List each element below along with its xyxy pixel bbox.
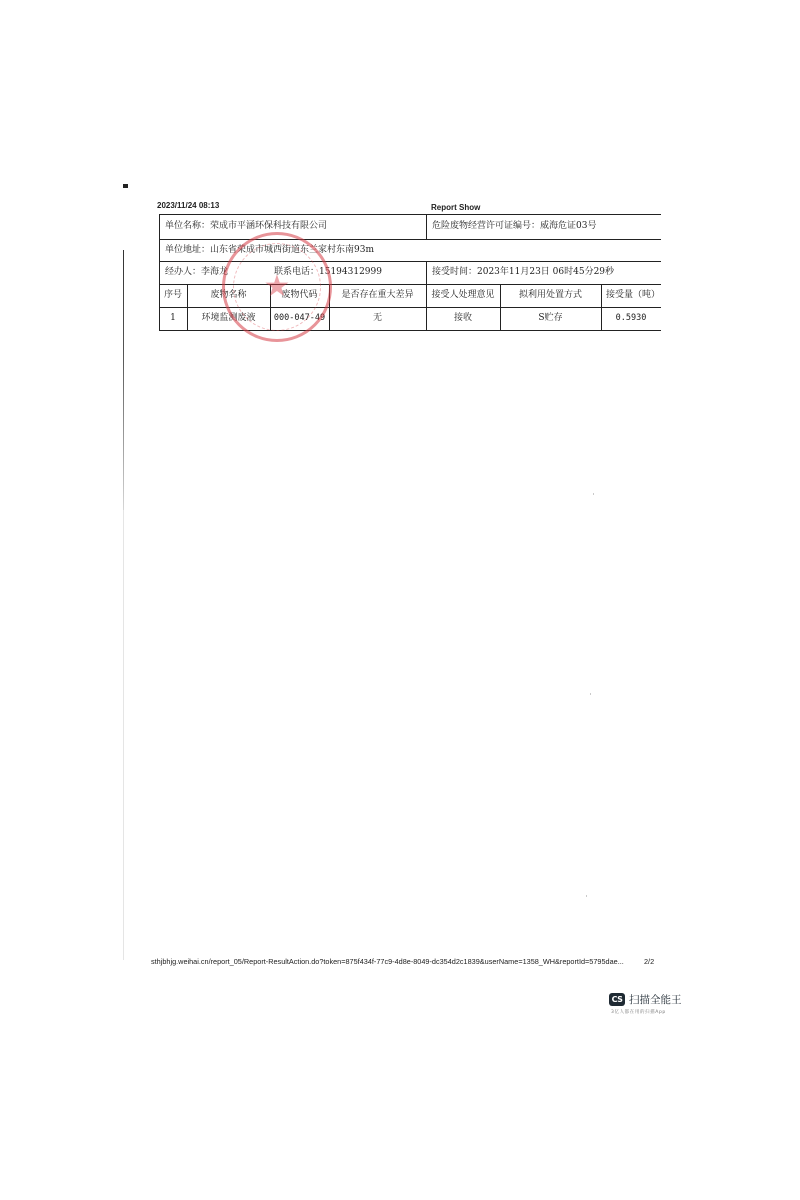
table-cell-receiver-opinion: 接收: [426, 307, 500, 330]
scan-speck: [593, 493, 594, 495]
license-number: 危险废物经营许可证编号：威海危证03号: [432, 214, 596, 239]
page-edge-line: [123, 250, 124, 510]
table-cell-quantity: 0.5930: [601, 307, 661, 330]
scan-artifact-mark: [123, 184, 128, 188]
contact-phone: 联系电话：15194312999: [274, 261, 382, 284]
report-url: sthjbhjg.weihai.cn/report_05/Report-Resu…: [151, 957, 624, 966]
handler-name: 经办人：李海龙: [165, 261, 228, 284]
unit-address: 单位地址：山东省荣成市城西街道东兰家村东南93m: [165, 239, 374, 261]
receive-time: 接受时间：2023年11月23日 06时45分29秒: [432, 261, 614, 284]
column-header: 拟利用处置方式: [500, 284, 601, 307]
table-cell-index: 1: [159, 307, 187, 330]
scan-speck: [586, 895, 587, 897]
camscanner-watermark: CS 扫描全能王: [609, 992, 682, 1007]
table-divider: [426, 261, 427, 284]
table-cell-disposal-method: S贮存: [500, 307, 601, 330]
table-cell-waste-code: 000-047-49: [270, 307, 329, 330]
table-cell-major-difference: 无: [329, 307, 426, 330]
column-header: 接受量（吨）: [601, 284, 665, 307]
table-divider: [426, 214, 427, 239]
scan-speck: [590, 693, 591, 695]
column-header: 序号: [159, 284, 187, 307]
page-edge-line-faint: [123, 510, 124, 960]
table-rule: [159, 330, 661, 331]
column-header: 是否存在重大差异: [329, 284, 426, 307]
unit-name: 单位名称：荣成市平涵环保科技有限公司: [165, 214, 327, 239]
report-title: Report Show: [431, 203, 480, 212]
camscanner-app-name: 扫描全能王: [629, 992, 682, 1007]
page-number: 2/2: [644, 957, 654, 966]
camscanner-tagline: 3亿人都在用的扫描App: [611, 1009, 666, 1015]
camscanner-logo-icon: CS: [609, 993, 625, 1006]
column-header: 接受人处理意见: [426, 284, 500, 307]
table-cell-waste-name: 环境监测废液: [187, 307, 270, 330]
column-header: 废物名称: [187, 284, 270, 307]
waste-receipt-table: 单位名称：荣成市平涵环保科技有限公司 危险废物经营许可证编号：威海危证03号 单…: [159, 214, 661, 331]
column-header: 废物代码: [270, 284, 329, 307]
print-datetime: 2023/11/24 08:13: [157, 201, 219, 210]
